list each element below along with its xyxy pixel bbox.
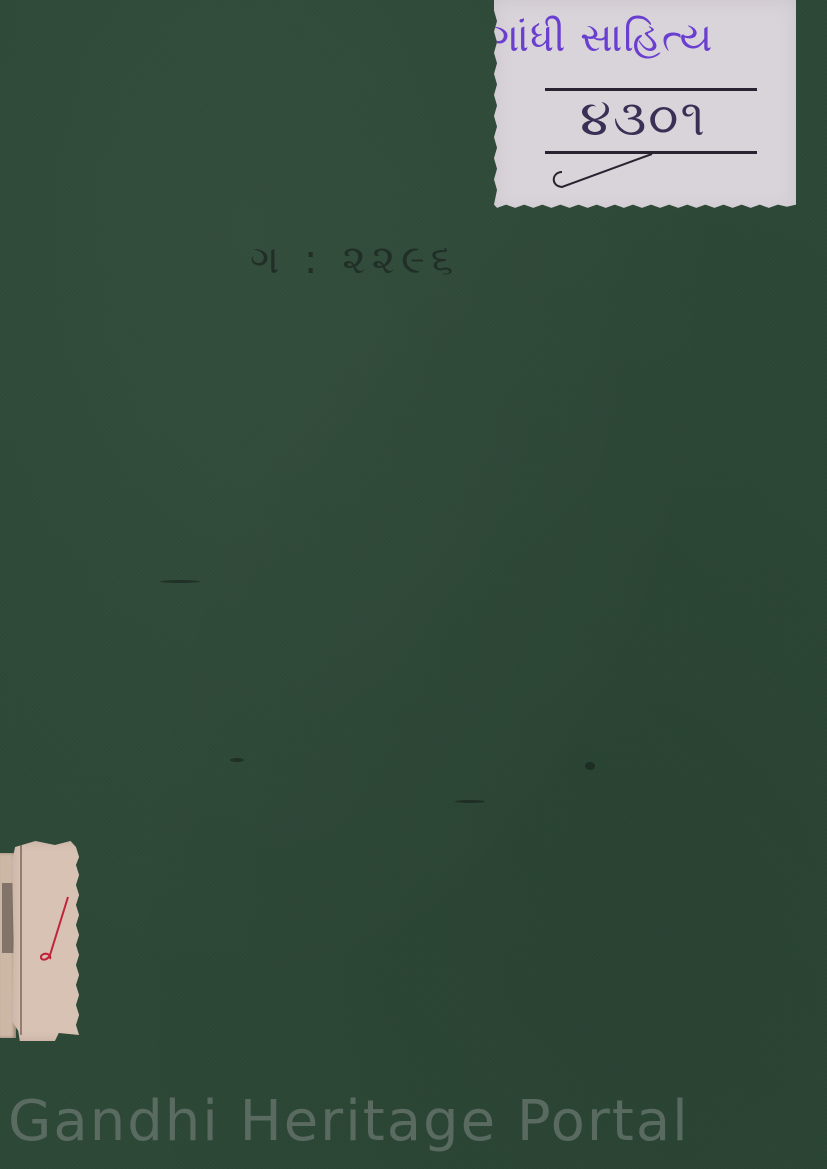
accession-number: ગ : ૨૨૯૬ [250,232,459,288]
book-cover: ગાંધી સાહિત્ય ૪૩૦૧ ગ : ૨૨૯૬ Gandhi Herit… [0,0,827,1169]
library-stamp-text: ગાંધી સાહિત્ય [490,8,810,68]
library-number: ૪૩૦૧ [580,86,707,150]
stain-speck [230,758,244,762]
tick-mark-icon [548,150,658,195]
library-label: ગાંધી સાહિત્ય ૪૩૦૧ [494,0,796,211]
stain-speck [160,580,200,583]
red-tick-mark-icon [36,895,76,970]
spine-label-crease [20,845,22,1035]
stain-speck [455,800,485,803]
watermark-text: Gandhi Heritage Portal [8,1082,819,1162]
stain-speck [585,762,595,770]
